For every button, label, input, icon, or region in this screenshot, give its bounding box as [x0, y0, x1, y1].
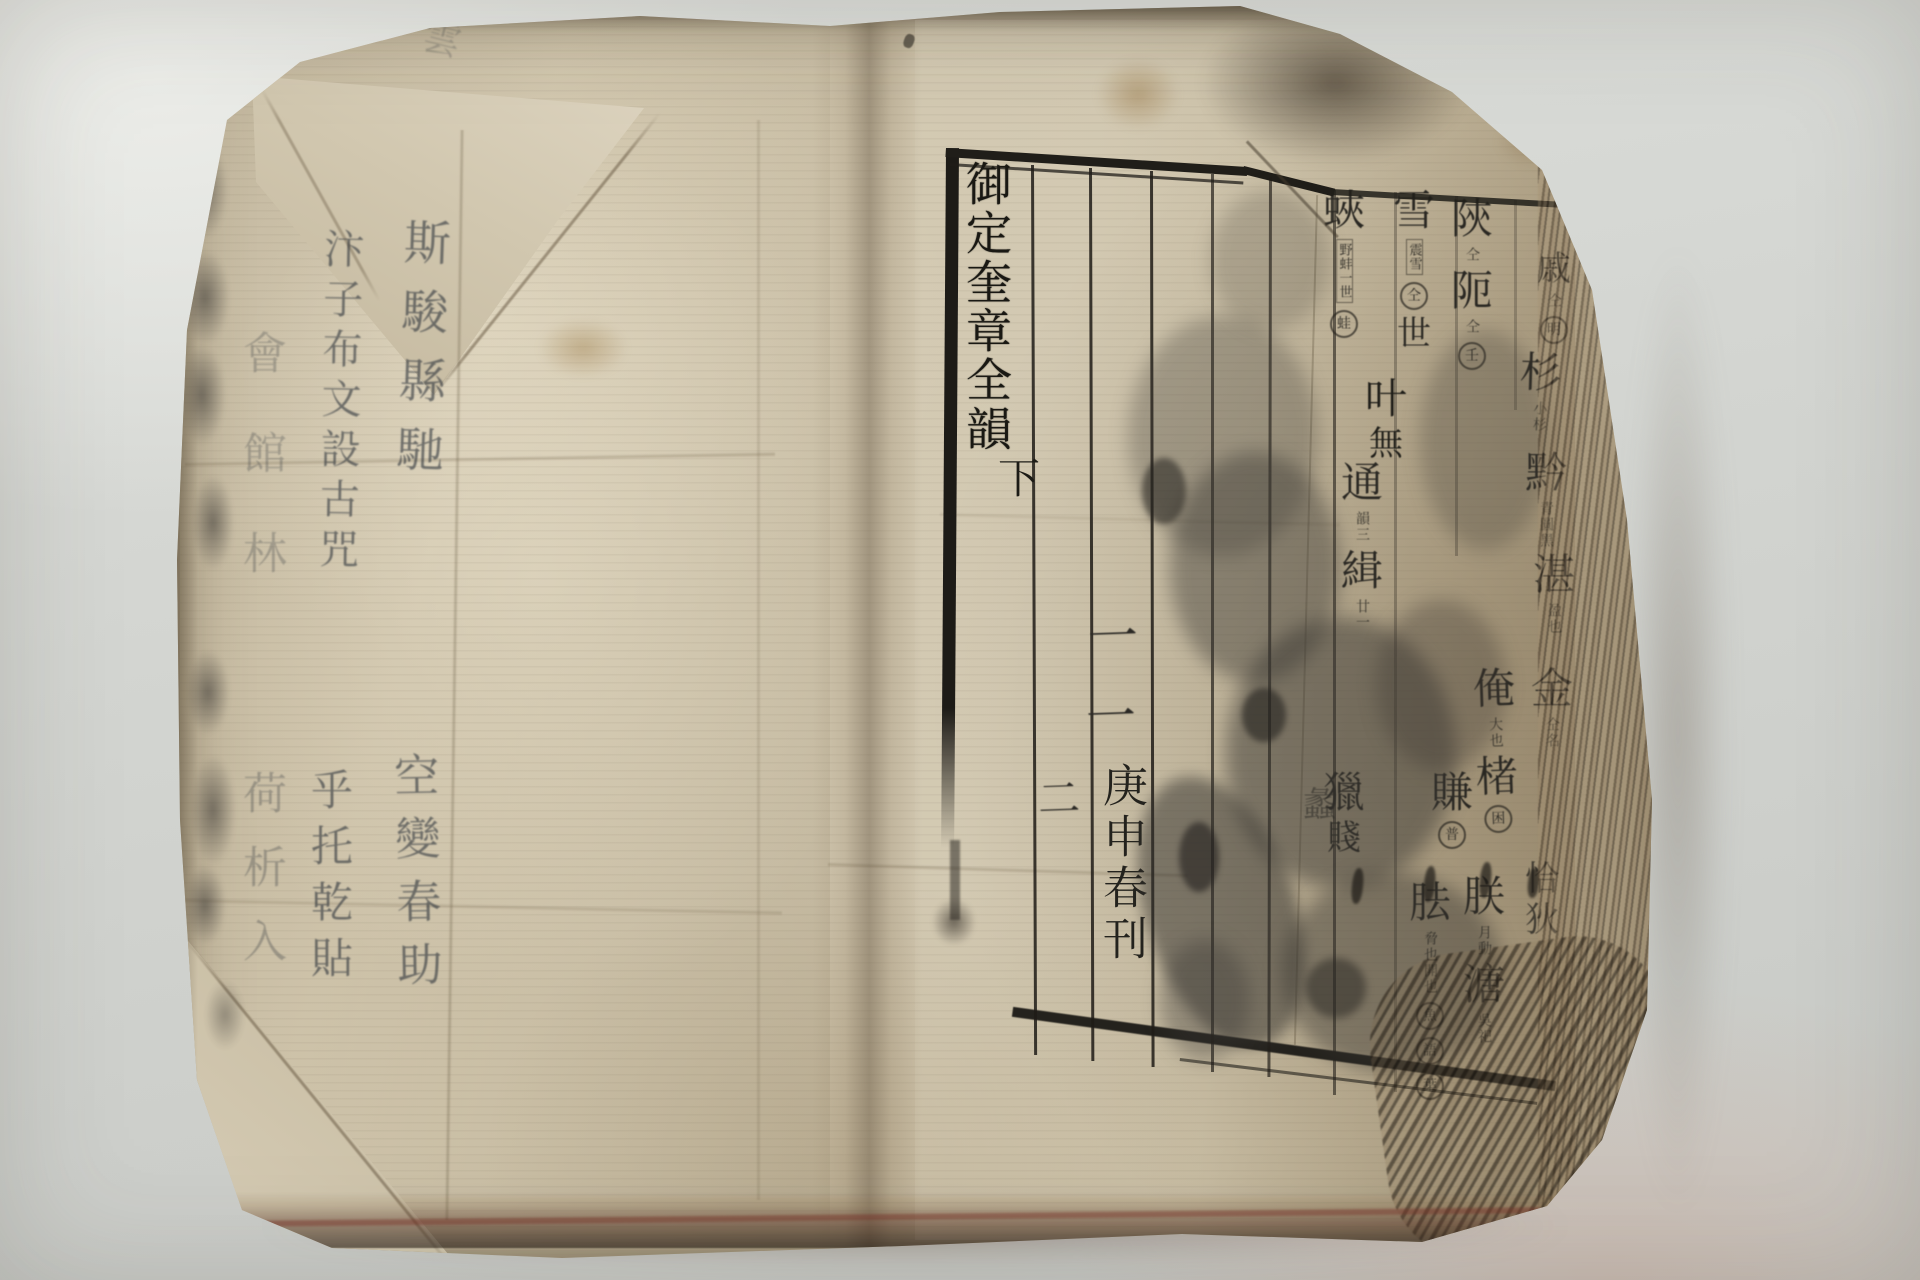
- printed-glyph: 叶: [1365, 378, 1407, 420]
- seal-glyph: 仝: [1400, 282, 1428, 310]
- stain: [1096, 58, 1180, 130]
- printed-glyph: 韻三: [1355, 511, 1369, 543]
- handwriting-column: 斯駿縣馳: [391, 217, 448, 494]
- handwriting-column: 乎托乾貼: [308, 768, 350, 992]
- photograph: 雲 斯駿縣馳 汴子布文設古咒 會館林 空變春助 乎托乾貼 荷析入 戚仝明 杉小杉…: [0, 0, 1920, 1280]
- ink-smudge: [1242, 688, 1286, 742]
- seal-glyph: 困: [1484, 804, 1513, 833]
- paper-crease: [756, 120, 761, 1200]
- ink-smudge: [1306, 958, 1366, 1018]
- printed-glyph: 通: [1341, 462, 1383, 504]
- seal-glyph: 普: [1438, 821, 1466, 849]
- gutter-fold: [812, 10, 922, 1258]
- ink-smudge: [1210, 190, 1330, 330]
- printed-glyph: 楮: [1475, 755, 1518, 798]
- seal-glyph: 蛙: [1330, 310, 1358, 338]
- handwriting-column: 汴子布文設古咒: [315, 228, 361, 579]
- tally-mark: 二: [1037, 777, 1080, 820]
- dictionary-column-segment: 叶無: [1358, 378, 1414, 461]
- ink-smudge: [1376, 600, 1506, 770]
- ink-smudge: [1160, 940, 1250, 1060]
- printed-glyph: 世: [1397, 317, 1431, 351]
- stain: [538, 318, 628, 378]
- ink-smudge: [1142, 458, 1186, 524]
- printed-glyph: 野蚌一世: [1336, 239, 1353, 303]
- handwriting-column: 會館林: [238, 330, 282, 630]
- ink-blot: [932, 898, 976, 946]
- printed-glyph: 阨: [1451, 270, 1493, 312]
- book-title: 御定奎章全韻: [963, 160, 1009, 454]
- handwriting-column: 空變春助: [390, 752, 439, 1005]
- tally-mark: 一: [1085, 691, 1137, 743]
- printed-glyph: 緝: [1341, 550, 1383, 592]
- printed-glyph: 無: [1369, 427, 1403, 461]
- handwriting-column: 荷析入: [238, 770, 282, 992]
- dictionary-column-segment: 通韻三緝廿一: [1334, 462, 1390, 631]
- book: 雲 斯駿縣馳 汴子布文設古咒 會館林 空變春助 乎托乾貼 荷析入 戚仝明 杉小杉…: [170, 6, 1670, 1262]
- printed-glyph: 陝: [1451, 198, 1493, 240]
- ink-smudge: [1179, 822, 1219, 892]
- ink-smudge: [1420, 330, 1550, 550]
- volume-label: 下: [998, 458, 1040, 500]
- dictionary-column-segment: 雪震雪仝世: [1386, 190, 1442, 351]
- tally-mark: 一: [1087, 611, 1139, 663]
- printed-glyph: 仝: [1465, 247, 1479, 263]
- printed-glyph: 震雪: [1406, 239, 1423, 275]
